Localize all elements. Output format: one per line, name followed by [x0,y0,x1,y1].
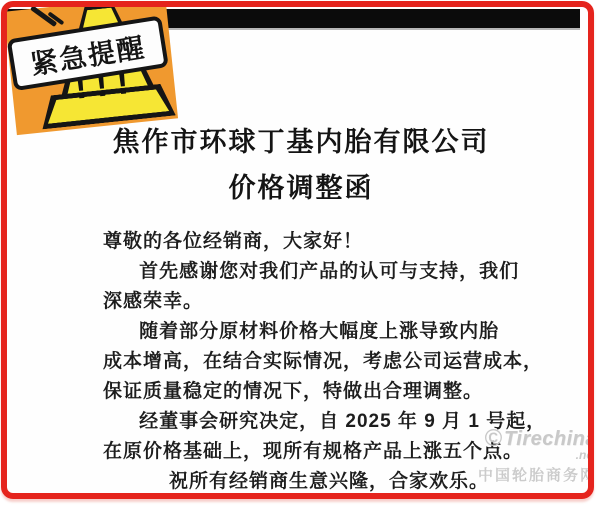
letter-line: 在原价格基础上，现所有规格产品上涨五个点。 [103,437,555,467]
letter-line: 保证质量稳定的情况下，特做出合理调整。 [103,377,555,407]
letter-line: 祝所有经销商生意兴隆，合家欢乐。 [103,467,555,497]
letter-body: 尊敬的各位经销商，大家好！ 首先感谢您对我们产品的认可与支持，我们 深感荣幸。 … [103,227,555,497]
letter-line: 经董事会研究决定，自 2025 年 9 月 1 号起， [103,407,555,437]
letter-line: 首先感谢您对我们产品的认可与支持，我们 [103,257,555,287]
letter-line: 深感荣幸。 [103,287,555,317]
letter-line: 随着部分原材料价格大幅度上涨导致内胎 [103,317,555,347]
letter-line: 尊敬的各位经销商，大家好！ [103,227,555,257]
urgent-reminder-badge: !!! 紧急提醒 [4,1,178,135]
red-frame: !!! 紧急提醒 焦作市环球丁基内胎有限公司 价格调整函 尊敬的各位经销商，大家… [1,1,594,499]
scanned-notice-page: !!! 紧急提醒 焦作市环球丁基内胎有限公司 价格调整函 尊敬的各位经销商，大家… [0,0,600,510]
letter-title-block: 焦作市环球丁基内胎有限公司 价格调整函 [13,119,589,211]
letter-line: 成本增高，在结合实际情况，考虑公司运营成本， [103,347,555,377]
letter-subject-title: 价格调整函 [13,165,589,211]
